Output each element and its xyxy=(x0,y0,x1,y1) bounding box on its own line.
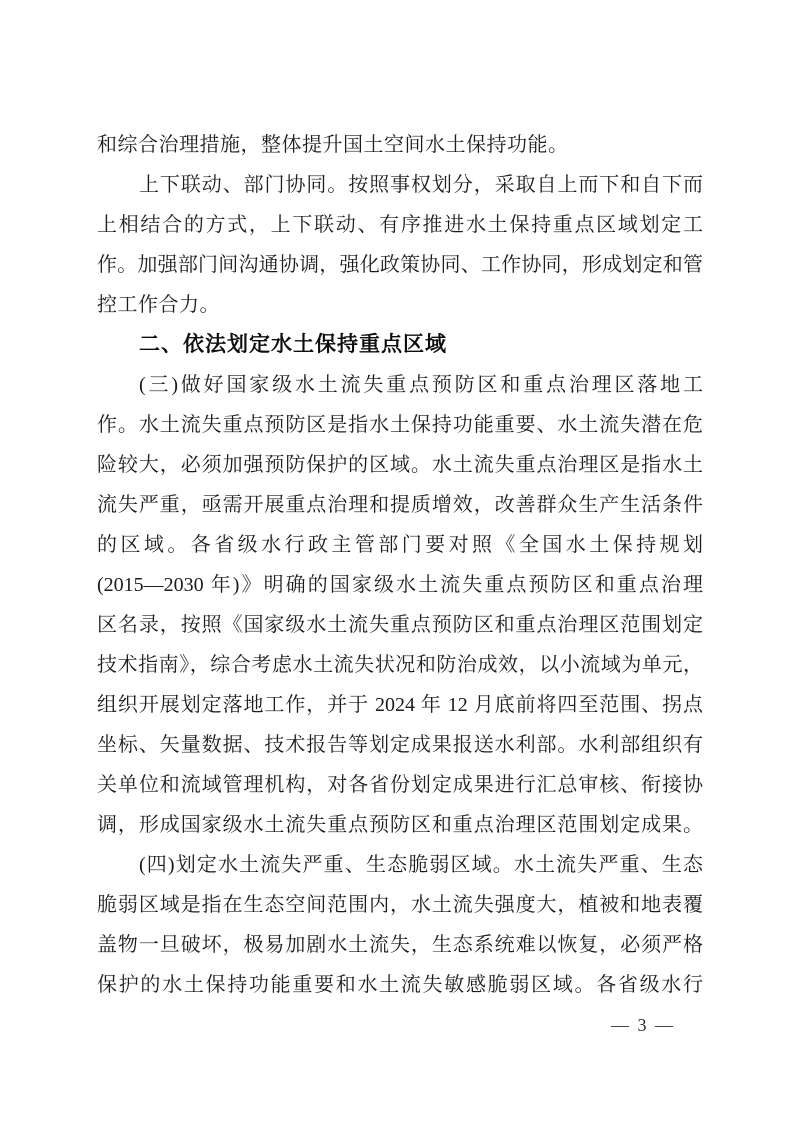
text-line: 盖物一旦破坏，极易加剧水土流失，生态系统难以恢复，必须严格 xyxy=(97,925,703,965)
text-line: 区名录，按照《国家级水土流失重点预防区和重点治理区范围划定 xyxy=(97,605,703,645)
section-heading: 二、依法划定水土保持重点区域 xyxy=(97,325,703,365)
text-line: 脆弱区域是指在生态空间范围内，水土流失强度大，植被和地表覆 xyxy=(97,885,703,925)
document-page: 和综合治理措施，整体提升国土空间水土保持功能。 上下联动、部门协同。按照事权划分… xyxy=(97,125,703,1045)
text-line: 和综合治理措施，整体提升国土空间水土保持功能。 xyxy=(97,125,703,165)
text-line: 关单位和流域管理机构，对各省份划定成果进行汇总审核、衔接协 xyxy=(97,765,703,805)
text-line: 险较大，必须加强预防保护的区域。水土流失重点治理区是指水土 xyxy=(97,445,703,485)
text-line: 流失严重，亟需开展重点治理和提质增效，改善群众生产生活条件 xyxy=(97,485,703,525)
text-line: 上下联动、部门协同。按照事权划分，采取自上而下和自下而 xyxy=(97,165,703,205)
text-line: (三)做好国家级水土流失重点预防区和重点治理区落地工 xyxy=(97,365,703,405)
text-line: 坐标、矢量数据、技术报告等划定成果报送水利部。水利部组织有 xyxy=(97,725,703,765)
text-line: (四)划定水土流失严重、生态脆弱区域。水土流失严重、生态 xyxy=(97,845,703,885)
text-line: 技术指南》，综合考虑水土流失状况和防治成效，以小流域为单元， xyxy=(97,645,703,685)
text-line: 作。加强部门间沟通协调，强化政策协同、工作协同，形成划定和管 xyxy=(97,245,703,285)
text-line: 上相结合的方式，上下联动、有序推进水土保持重点区域划定工 xyxy=(97,205,703,245)
text-line: 调，形成国家级水土流失重点预防区和重点治理区范围划定成果。 xyxy=(97,805,703,845)
text-line: (2015—2030 年)》明确的国家级水土流失重点预防区和重点治理 xyxy=(97,565,703,605)
text-line: 作。水土流失重点预防区是指水土保持功能重要、水土流失潜在危 xyxy=(97,405,703,445)
text-line: 控工作合力。 xyxy=(97,285,703,325)
text-line: 组织开展划定落地工作，并于 2024 年 12 月底前将四至范围、拐点 xyxy=(97,685,703,725)
page-number: — 3 — xyxy=(97,1005,703,1045)
text-line: 的区域。各省级水行政主管部门要对照《全国水土保持规划 xyxy=(97,525,703,565)
text-line: 保护的水土保持功能重要和水土流失敏感脆弱区域。各省级水行 xyxy=(97,965,703,1005)
